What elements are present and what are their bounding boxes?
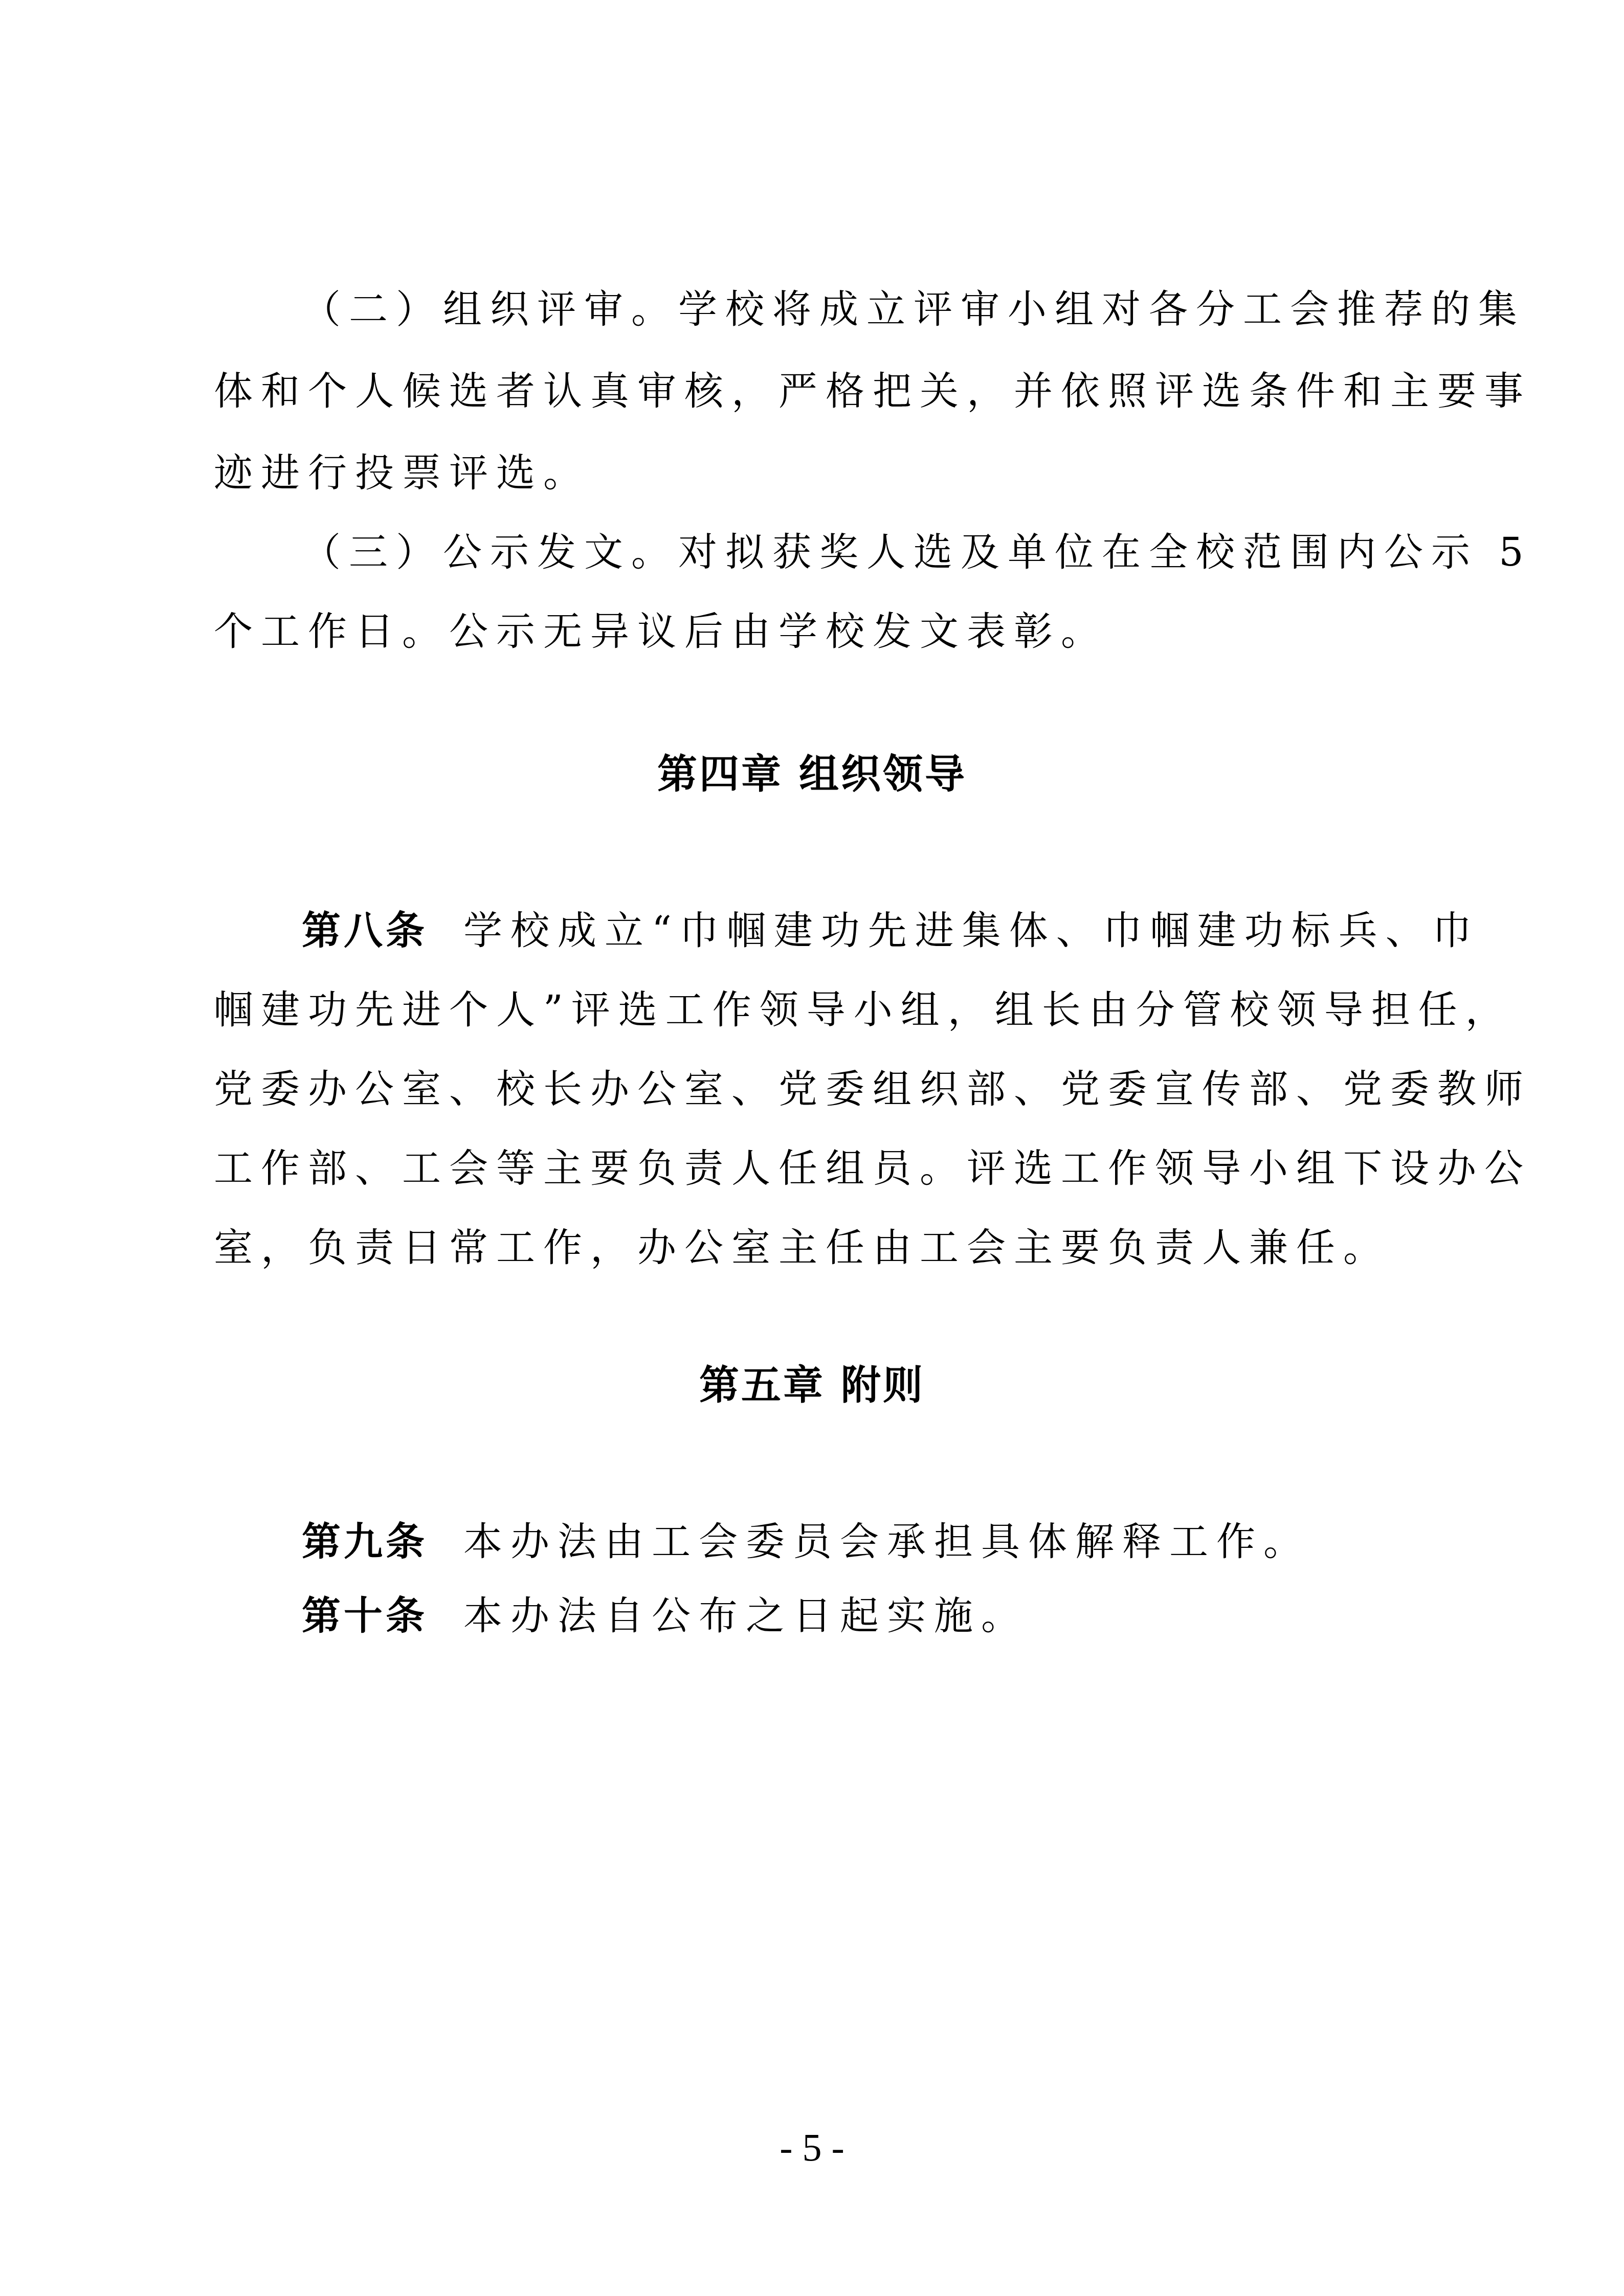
page-number: - 5 - [0,2122,1624,2173]
article-9-label: 第九条 [302,1519,428,1564]
paragraph-publicity-line-2: 个工作日。公示无异议后由学校发文表彰。 [214,606,1421,657]
article-8-line-2: 帼建功先进个人”评选工作领导小组，组长由分管校领导担任， [214,984,1421,1036]
article-8-line-1: 第八条学校成立“巾帼建功先进集体、巾帼建功标兵、巾 [302,905,1509,956]
chapter-4-title: 第四章 组织领导 [0,749,1624,800]
article-8-label: 第八条 [302,908,428,953]
chapter-5-title: 第五章 附则 [0,1360,1624,1411]
paragraph-review-line-2: 体和个人候选者认真审核，严格把关，并依照评选条件和主要事 [214,366,1421,417]
article-8-line-4: 工作部、工会等主要负责人任组员。评选工作领导小组下设办公 [214,1143,1421,1194]
article-8-text-1: 学校成立“巾帼建功先进集体、巾帼建功标兵、巾 [463,908,1480,953]
paragraph-review-line-1: （二）组织评审。学校将成立评审小组对各分工会推荐的集 [302,284,1509,335]
article-8-line-3: 党委办公室、校长办公室、党委组织部、党委宣传部、党委教师 [214,1064,1421,1115]
article-10-label: 第十条 [302,1593,428,1638]
article-10-line: 第十条本办法自公布之日起实施。 [302,1590,1509,1641]
article-9-text: 本办法由工会委员会承担具体解释工作。 [463,1519,1310,1564]
paragraph-publicity-line-1: （三）公示发文。对拟获奖人选及单位在全校范围内公示 5 [302,527,1509,578]
article-10-text: 本办法自公布之日起实施。 [463,1593,1028,1638]
article-9-line: 第九条本办法由工会委员会承担具体解释工作。 [302,1516,1509,1567]
article-8-line-5: 室，负责日常工作，办公室主任由工会主要负责人兼任。 [214,1222,1421,1273]
paragraph-review-line-3: 迹进行投票评选。 [214,447,1421,499]
